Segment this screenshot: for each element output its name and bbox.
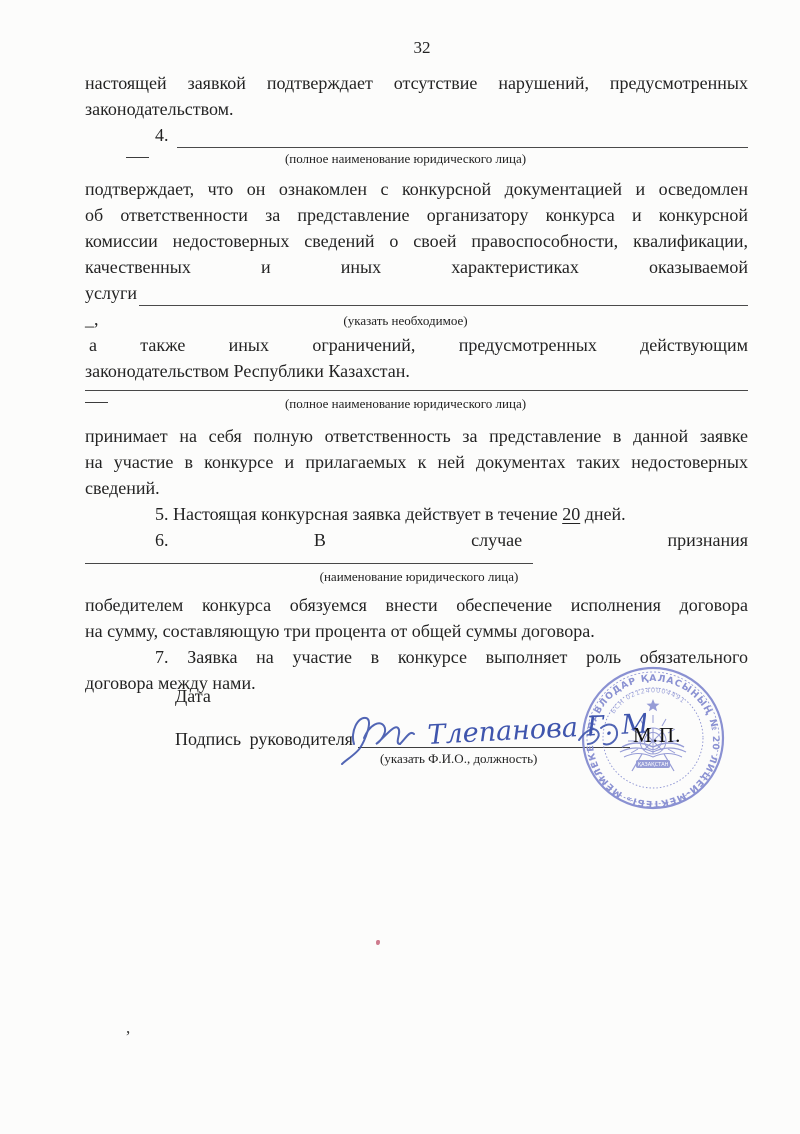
- document-body: настоящей заявкой подтверждает отсутстви…: [85, 70, 748, 696]
- paragraph-line: комиссии недостоверных сведений о своей …: [85, 228, 748, 254]
- paragraph-line: об ответственности за представление орга…: [85, 202, 748, 228]
- uslugi-word: услуги: [85, 280, 137, 306]
- caption-row: _, (указать необходимое): [85, 306, 748, 332]
- caption-specify: (указать необходимое): [85, 312, 726, 330]
- item-5-text-end: дней.: [585, 504, 626, 524]
- blank-underline-partial: [85, 559, 533, 564]
- caption-row: (полное наименование юридического лица): [85, 148, 748, 170]
- caption-name: (наименование юридического лица): [195, 568, 643, 586]
- page-number: 32: [0, 38, 800, 58]
- blank-underline: [139, 283, 748, 306]
- paragraph-line: законодательством Республики Казахстан.: [85, 358, 748, 384]
- blank-underline: [177, 125, 749, 148]
- handwritten-signature: Тлепанова Г. М.: [336, 694, 646, 766]
- blank-underline-full: [85, 384, 748, 391]
- signature-label: Подпись руководителя: [175, 729, 353, 750]
- paragraph-line: на сумму, составляющую три процента от о…: [85, 618, 748, 644]
- paragraph-line: а также иных ограничений, предусмотренны…: [85, 332, 748, 358]
- item-5-line: 5. Настоящая конкурсная заявка действует…: [85, 501, 748, 527]
- item-5-days-value: 20: [562, 504, 580, 524]
- caption-legal-name: (полное наименование юридического лица): [85, 150, 726, 168]
- paragraph-line: качественных и иных характеристиках оказ…: [85, 254, 748, 280]
- date-label: Дата: [175, 686, 211, 707]
- caption-legal-name: (полное наименование юридического лица): [85, 395, 726, 413]
- item-4-blank-line: 4.: [85, 122, 748, 148]
- caption-row: (полное наименование юридического лица): [85, 393, 748, 415]
- paragraph-line: принимает на себя полную ответственность…: [85, 423, 748, 449]
- item-6-line: 6. В случае признания: [85, 527, 748, 553]
- stray-red-speck: [376, 940, 380, 945]
- paragraph-line: законодательством.: [85, 96, 748, 122]
- paragraph-line: победителем конкурса обязуемся внести об…: [85, 592, 748, 618]
- paragraph-line: сведений.: [85, 475, 748, 501]
- stray-ink-mark: ,: [126, 1018, 130, 1038]
- paragraph-line: настоящей заявкой подтверждает отсутстви…: [85, 70, 748, 96]
- seal-place-label: М.П.: [633, 723, 681, 748]
- scanned-document-page: 32 настоящей заявкой подтверждает отсутс…: [0, 0, 800, 1134]
- signature-name-text: Тлепанова Г. М.: [427, 708, 646, 751]
- uslugi-blank-line: услуги: [85, 280, 748, 306]
- paragraph-line: подтверждает, что он ознакомлен с конкур…: [85, 176, 748, 202]
- paragraph-line: на участие в конкурсе и прилагаемых к не…: [85, 449, 748, 475]
- item-4-number: 4.: [85, 122, 169, 148]
- item-5-text: 5. Настоящая конкурсная заявка действует…: [155, 504, 558, 524]
